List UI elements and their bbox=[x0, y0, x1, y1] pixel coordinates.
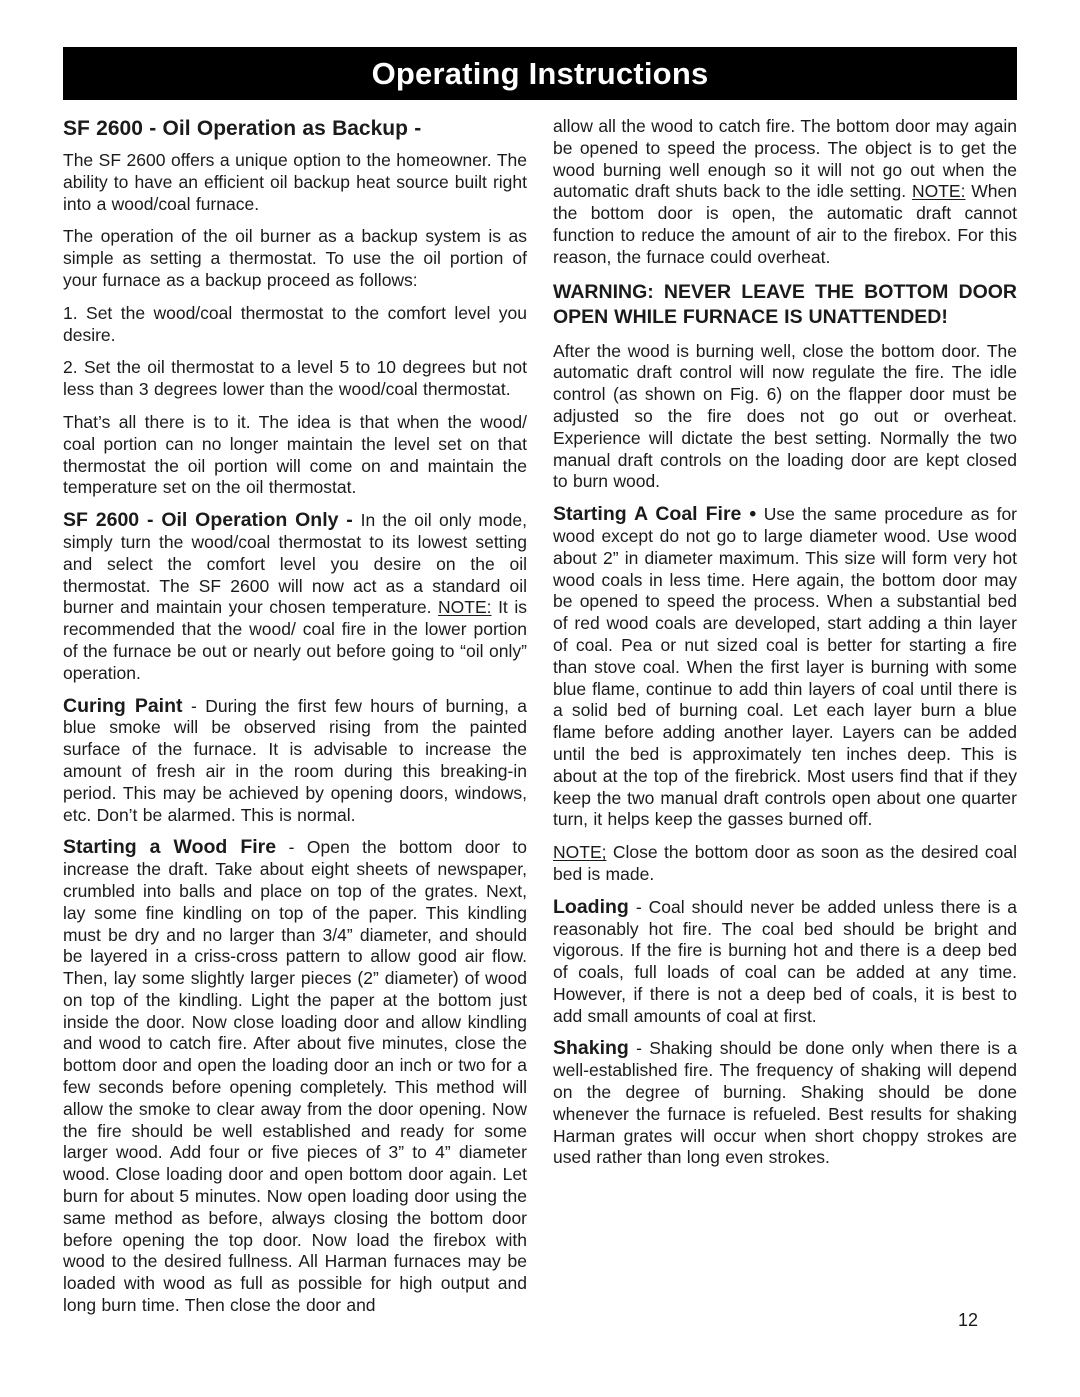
paragraph: 1. Set the wood/coal thermostat to the c… bbox=[63, 303, 527, 347]
underlined-note-label: NOTE; bbox=[553, 842, 606, 862]
page-header-bar: Operating Instructions bbox=[63, 47, 1017, 100]
runin-heading: Starting A Coal Fire • bbox=[553, 503, 756, 525]
paragraph: 2. Set the oil thermostat to a level 5 t… bbox=[63, 357, 527, 401]
body-text: The SF 2600 offers a unique option to th… bbox=[63, 150, 527, 214]
body-text: 1. Set the wood/coal thermostat to the c… bbox=[63, 303, 527, 345]
body-text: Use the same procedure as for wood excep… bbox=[553, 504, 1017, 829]
paragraph: Loading - Coal should never be added unl… bbox=[553, 897, 1017, 1028]
page-title: Operating Instructions bbox=[372, 56, 709, 92]
page-number: 12 bbox=[948, 1310, 988, 1331]
underlined-note-label: NOTE: bbox=[912, 181, 965, 201]
body-text: Close the bottom door as soon as the des… bbox=[553, 842, 1017, 884]
paragraph: The SF 2600 offers a unique option to th… bbox=[63, 150, 527, 215]
section-heading: SF 2600 - Oil Operation as Backup - bbox=[63, 116, 527, 141]
paragraph: allow all the wood to catch fire. The bo… bbox=[553, 116, 1017, 269]
paragraph: The operation of the oil burner as a bac… bbox=[63, 226, 527, 291]
paragraph: That’s all there is to it. The idea is t… bbox=[63, 412, 527, 499]
paragraph: After the wood is burning well, close th… bbox=[553, 341, 1017, 494]
paragraph: Curing Paint - During the first few hour… bbox=[63, 696, 527, 827]
body-text: After the wood is burning well, close th… bbox=[553, 341, 1017, 492]
body-text: - Open the bottom door to increase the d… bbox=[63, 837, 527, 1315]
runin-heading: Shaking bbox=[553, 1037, 629, 1059]
runin-heading: Loading bbox=[553, 896, 629, 918]
body-text: The operation of the oil burner as a bac… bbox=[63, 226, 527, 290]
left-column: SF 2600 - Oil Operation as Backup -The S… bbox=[63, 116, 527, 1328]
warning-heading: WARNING: NEVER LEAVE THE BOTTOM DOOR OPE… bbox=[553, 280, 1017, 330]
paragraph: Starting a Wood Fire - Open the bottom d… bbox=[63, 837, 527, 1317]
runin-heading: Starting a Wood Fire bbox=[63, 836, 276, 858]
paragraph: Shaking - Shaking should be done only wh… bbox=[553, 1038, 1017, 1169]
body-text: That’s all there is to it. The idea is t… bbox=[63, 412, 527, 497]
paragraph: NOTE; Close the bottom door as soon as t… bbox=[553, 842, 1017, 886]
runin-heading: Curing Paint bbox=[63, 695, 183, 717]
body-text: 2. Set the oil thermostat to a level 5 t… bbox=[63, 357, 527, 399]
content-columns: SF 2600 - Oil Operation as Backup -The S… bbox=[63, 116, 1017, 1328]
manual-page: Operating Instructions SF 2600 - Oil Ope… bbox=[0, 0, 1080, 1397]
paragraph: Starting A Coal Fire • Use the same proc… bbox=[553, 504, 1017, 831]
right-column: allow all the wood to catch fire. The bo… bbox=[553, 116, 1017, 1328]
paragraph: SF 2600 - Oil Operation Only - In the oi… bbox=[63, 510, 527, 684]
runin-heading: SF 2600 - Oil Operation Only - bbox=[63, 509, 361, 531]
underlined-note-label: NOTE: bbox=[438, 597, 491, 617]
